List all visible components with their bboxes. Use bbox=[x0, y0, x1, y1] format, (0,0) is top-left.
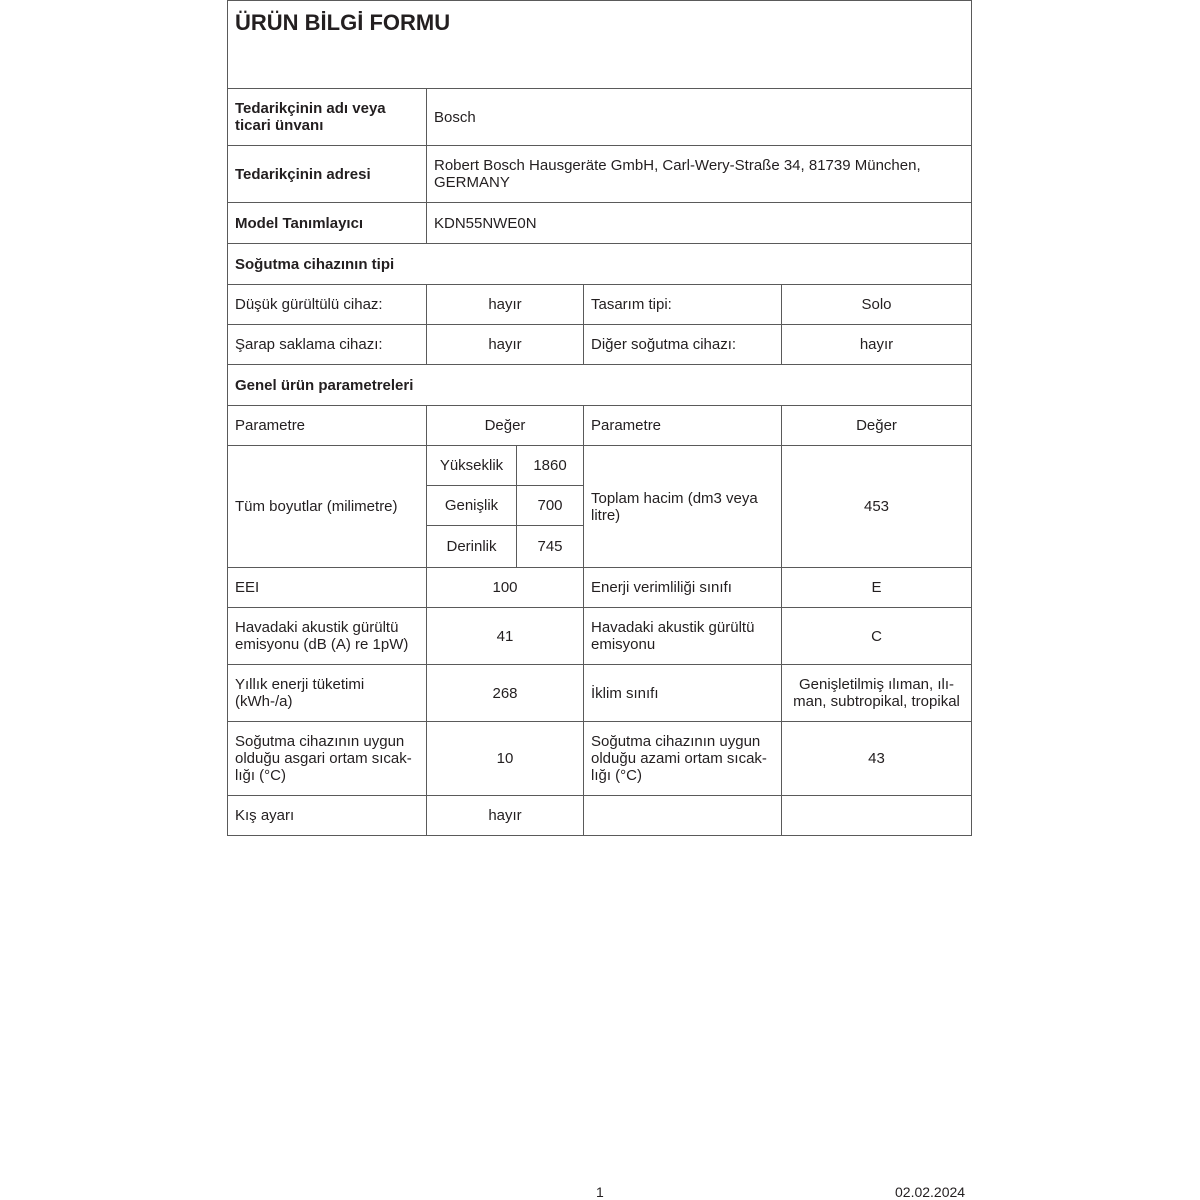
low-noise-value: hayır bbox=[426, 284, 584, 325]
winter-setting-value: hayır bbox=[426, 795, 584, 836]
supplier-name-label: Tedarikçinin adı veya ticari ünvanı bbox=[227, 88, 427, 146]
height-value: 1860 bbox=[516, 445, 584, 486]
general-parameters-heading: Genel ürün parametreleri bbox=[227, 364, 972, 406]
other-appliance-value: hayır bbox=[781, 324, 972, 365]
supplier-address-row: Tedarikçinin adresi Robert Bosch Hausger… bbox=[228, 146, 972, 203]
dimensions-row: Tüm boyutlar (milimetre) Yükseklik 1860 … bbox=[228, 446, 972, 568]
climate-class-value: Genişletilmiş ılıman, ılı-man, subtropik… bbox=[781, 664, 972, 722]
parameter-row: Kış ayarı hayır bbox=[228, 796, 972, 836]
total-volume-value: 453 bbox=[781, 445, 972, 568]
noise-emission-db-value: 41 bbox=[426, 607, 584, 665]
parameter-row: Havadaki akustik gürültü emisyonu (dB (A… bbox=[228, 608, 972, 665]
other-appliance-label: Diğer soğutma cihazı: bbox=[583, 324, 782, 365]
design-type-value: Solo bbox=[781, 284, 972, 325]
annual-energy-value: 268 bbox=[426, 664, 584, 722]
supplier-name-row: Tedarikçinin adı veya ticari ünvanı Bosc… bbox=[228, 89, 972, 146]
supplier-address-label: Tedarikçinin adresi bbox=[227, 145, 427, 203]
energy-class-value: E bbox=[781, 567, 972, 608]
column-header-value: Değer bbox=[781, 405, 972, 446]
noise-emission-class-value: C bbox=[781, 607, 972, 665]
parameter-row: Yıllık enerji tüketimi (kWh-/a) 268 İkli… bbox=[228, 665, 972, 722]
wine-storage-label: Şarap saklama cihazı: bbox=[227, 324, 427, 365]
height-label: Yükseklik bbox=[426, 445, 517, 486]
empty-cell bbox=[583, 795, 782, 836]
wine-storage-value: hayır bbox=[426, 324, 584, 365]
design-type-label: Tasarım tipi: bbox=[583, 284, 782, 325]
parameter-row: EEI 100 Enerji verimliliği sınıfı E bbox=[228, 568, 972, 608]
width-value: 700 bbox=[516, 485, 584, 526]
document-date: 02.02.2024 bbox=[895, 1184, 965, 1200]
annual-energy-label: Yıllık enerji tüketimi (kWh-/a) bbox=[227, 664, 427, 722]
depth-value: 745 bbox=[516, 525, 584, 568]
appliance-type-row: Düşük gürültülü cihaz: hayır Tasarım tip… bbox=[228, 285, 972, 325]
width-label: Genişlik bbox=[426, 485, 517, 526]
page-number: 1 bbox=[596, 1184, 604, 1200]
eei-label: EEI bbox=[227, 567, 427, 608]
climate-class-label: İklim sınıfı bbox=[583, 664, 782, 722]
appliance-type-heading-row: Soğutma cihazının tipi bbox=[228, 244, 972, 285]
noise-emission-class-label: Havadaki akustik gürültü emisyonu bbox=[583, 607, 782, 665]
column-header-value: Değer bbox=[426, 405, 584, 446]
max-ambient-temp-value: 43 bbox=[781, 721, 972, 796]
noise-emission-db-label: Havadaki akustik gürültü emisyonu (dB (A… bbox=[227, 607, 427, 665]
title-row: ÜRÜN BİLGİ FORMU bbox=[228, 1, 972, 89]
model-value: KDN55NWE0N bbox=[426, 202, 972, 244]
supplier-address-value: Robert Bosch Hausgeräte GmbH, Carl-Wery-… bbox=[426, 145, 972, 203]
eei-value: 100 bbox=[426, 567, 584, 608]
depth-label: Derinlik bbox=[426, 525, 517, 568]
min-ambient-temp-value: 10 bbox=[426, 721, 584, 796]
column-header-parameter: Parametre bbox=[227, 405, 427, 446]
total-volume-label: Toplam hacim (dm3 veya litre) bbox=[583, 445, 782, 568]
model-label: Model Tanımlayıcı bbox=[227, 202, 427, 244]
parameter-row: Soğutma cihazının uygun olduğu asgari or… bbox=[228, 722, 972, 796]
appliance-type-row: Şarap saklama cihazı: hayır Diğer soğutm… bbox=[228, 325, 972, 365]
appliance-type-heading: Soğutma cihazının tipi bbox=[227, 243, 972, 285]
min-ambient-temp-label: Soğutma cihazının uygun olduğu asgari or… bbox=[227, 721, 427, 796]
column-header-row: Parametre Değer Parametre Değer bbox=[228, 406, 972, 446]
low-noise-label: Düşük gürültülü cihaz: bbox=[227, 284, 427, 325]
energy-class-label: Enerji verimliliği sınıfı bbox=[583, 567, 782, 608]
supplier-name-value: Bosch bbox=[426, 88, 972, 146]
column-header-parameter: Parametre bbox=[583, 405, 782, 446]
winter-setting-label: Kış ayarı bbox=[227, 795, 427, 836]
max-ambient-temp-label: Soğutma cihazının uygun olduğu azami ort… bbox=[583, 721, 782, 796]
dimensions-label: Tüm boyutlar (milimetre) bbox=[227, 445, 427, 568]
general-parameters-heading-row: Genel ürün parametreleri bbox=[228, 365, 972, 406]
page-title: ÜRÜN BİLGİ FORMU bbox=[227, 0, 972, 89]
model-row: Model Tanımlayıcı KDN55NWE0N bbox=[228, 203, 972, 244]
empty-cell bbox=[781, 795, 972, 836]
